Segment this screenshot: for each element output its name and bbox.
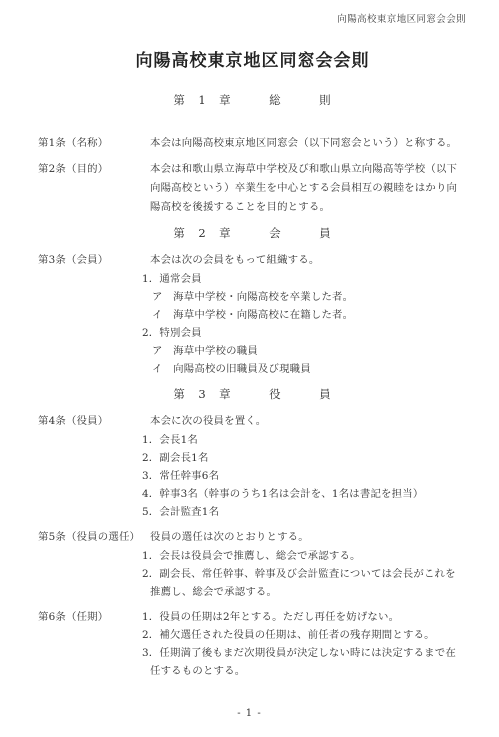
list-item: 2．補欠選任された役員の任期は、前任者の残存期間とする。: [142, 626, 466, 644]
article-2-label: 第2条（目的）: [38, 160, 108, 179]
list-item: 1．通常会員: [142, 270, 466, 288]
list-item: ア 海草中学校・向陽高校を卒業した者。: [152, 288, 458, 306]
list-item: 2．副会長1名: [142, 449, 466, 467]
article-5: 第5条（役員の選任） 役員の選任は次のとおりとする。 1．会長は役員会で推薦し、…: [38, 528, 467, 601]
article-2-content: 本会は和歌山県立海草中学校及び和歌山県立向陽高等学校（以下向陽高校という）卒業生…: [150, 160, 467, 217]
page-number: - 1 -: [0, 708, 499, 719]
article-5-label: 第5条（役員の選任）: [38, 528, 140, 547]
document-page: 向陽高校東京地区同窓会会則 向陽高校東京地区同窓会会則 第 1 章 総 則 第1…: [0, 0, 499, 737]
chapter-2-heading: 第 2 章 会 員: [38, 224, 467, 243]
chapter-3-heading: 第 3 章 役 員: [38, 385, 467, 404]
article-1: 第1条（名称） 本会は向陽高校東京地区同窓会（以下同窓会という）と称する。: [38, 134, 467, 153]
chapter-1-heading: 第 1 章 総 則: [38, 91, 467, 110]
article-2-body: 本会は和歌山県立海草中学校及び和歌山県立向陽高等学校（以下向陽高校という）卒業生…: [150, 160, 467, 217]
article-1-content: 本会は向陽高校東京地区同窓会（以下同窓会という）と称する。: [150, 134, 467, 153]
article-6-label: 第6条（任期）: [38, 608, 108, 627]
list-item: 1．会長1名: [142, 431, 466, 449]
article-1-body: 本会は向陽高校東京地区同窓会（以下同窓会という）と称する。: [150, 134, 467, 153]
article-6-content: 1．役員の任期は2年とする。ただし再任を妨げない。 2．補欠選任された役員の任期…: [150, 608, 467, 680]
list-item: 3．任期満了後もまだ次期役員が決定しない時には決定するまで在任するものとする。: [142, 644, 466, 680]
running-header: 向陽高校東京地区同窓会会則: [337, 11, 466, 25]
article-3-label: 第3条（会員）: [38, 251, 108, 270]
article-5-body: 役員の選任は次のとおりとする。: [150, 528, 467, 547]
article-1-label: 第1条（名称）: [38, 134, 108, 153]
list-item: イ 海草中学校・向陽高校に在籍した者。: [152, 306, 458, 324]
article-4-label: 第4条（役員）: [38, 412, 108, 431]
list-item: 3．常任幹事6名: [142, 467, 466, 485]
article-4-body: 本会に次の役員を置く。: [150, 412, 467, 431]
list-item: 2．副会長、常任幹事、幹事及び会計監査については会長がこれを推薦し、総会で承認す…: [142, 565, 466, 601]
list-item: 4．幹事3名（幹事のうち1名は会計を、1名は書記を担当）: [142, 485, 466, 503]
list-item: イ 向陽高校の旧職員及び現職員: [152, 360, 458, 378]
list-item: 1．会長は役員会で推薦し、総会で承認する。: [142, 547, 466, 565]
article-6: 第6条（任期） 1．役員の任期は2年とする。ただし再任を妨げない。 2．補欠選任…: [38, 608, 467, 680]
article-3-content: 本会は次の会員をもって組織する。 1．通常会員 ア 海草中学校・向陽高校を卒業し…: [150, 251, 467, 378]
list-item: ア 海草中学校の職員: [152, 342, 458, 360]
article-4-content: 本会に次の役員を置く。 1．会長1名 2．副会長1名 3．常任幹事6名 4．幹事…: [150, 412, 467, 521]
article-3-body: 本会は次の会員をもって組織する。: [150, 251, 467, 270]
article-3: 第3条（会員） 本会は次の会員をもって組織する。 1．通常会員 ア 海草中学校・…: [38, 251, 467, 378]
list-item: 2．特別会員: [142, 324, 466, 342]
list-item: 5．会計監査1名: [142, 503, 466, 521]
article-2: 第2条（目的） 本会は和歌山県立海草中学校及び和歌山県立向陽高等学校（以下向陽高…: [38, 160, 467, 217]
article-5-content: 役員の選任は次のとおりとする。 1．会長は役員会で推薦し、総会で承認する。 2．…: [150, 528, 467, 601]
list-item: 1．役員の任期は2年とする。ただし再任を妨げない。: [142, 608, 466, 626]
article-4: 第4条（役員） 本会に次の役員を置く。 1．会長1名 2．副会長1名 3．常任幹…: [38, 412, 467, 521]
